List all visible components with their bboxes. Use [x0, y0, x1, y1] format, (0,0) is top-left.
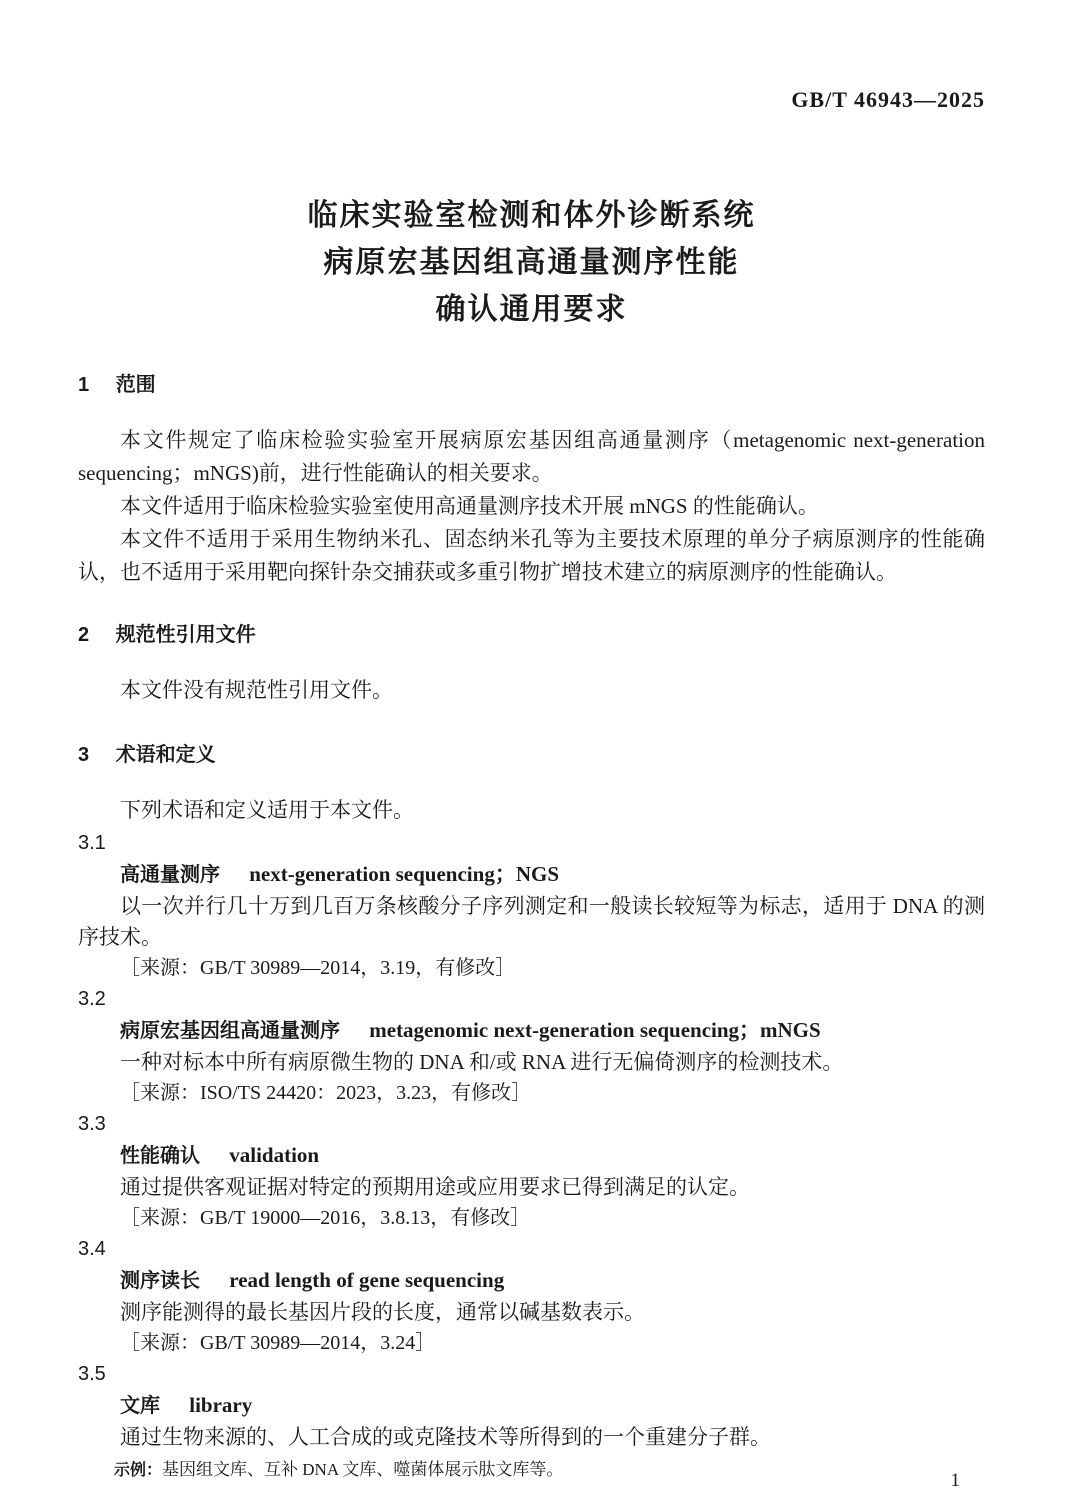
term-3-2: 3.2 病原宏基因组高通量测序 metagenomic next-generat…: [78, 984, 985, 1109]
section-body: 下列术语和定义适用于本文件。: [78, 794, 985, 827]
term-heading: 文库 library: [78, 1390, 985, 1422]
paragraph: 本文件没有规范性引用文件。: [78, 674, 985, 707]
section-heading: 1 范围: [78, 369, 985, 402]
section-body: 本文件没有规范性引用文件。: [78, 674, 985, 707]
terms-list: 3.1 高通量测序 next-generation sequencing；NGS…: [78, 828, 985, 1486]
paragraph: 本文件适用于临床检验实验室使用高通量测序技术开展 mNGS 的性能确认。: [78, 490, 985, 523]
section-number: 2: [78, 619, 89, 652]
term-definition: 以一次并行几十万到几百万条核酸分子序列测定和一般读长较短等为标志，适用于 DNA…: [78, 891, 985, 953]
term-heading: 高通量测序 next-generation sequencing；NGS: [78, 859, 985, 891]
term-definition: 一种对标本中所有病原微生物的 DNA 和/或 RNA 进行无偏倚测序的检测技术。: [78, 1047, 985, 1078]
term-source: ［来源：GB/T 30989—2014，3.24］: [78, 1328, 985, 1359]
doc-title-line-2: 病原宏基因组高通量测序性能: [78, 239, 985, 286]
section-title: 术语和定义: [116, 739, 216, 772]
term-name-en: library: [189, 1393, 252, 1417]
term-id: 3.4: [78, 1234, 985, 1265]
term-name-zh: 性能确认: [120, 1145, 200, 1167]
section-number: 3: [78, 739, 89, 772]
section-title: 范围: [116, 369, 156, 402]
paragraph: 本文件规定了临床检验实验室开展病原宏基因组高通量测序（metagenomic n…: [78, 424, 985, 490]
term-source: ［来源：ISO/TS 24420：2023，3.23，有修改］: [78, 1078, 985, 1109]
section-scope: 1 范围 本文件规定了临床检验实验室开展病原宏基因组高通量测序（metageno…: [78, 369, 985, 589]
term-id: 3.2: [78, 984, 985, 1015]
term-3-4: 3.4 测序读长 read length of gene sequencing …: [78, 1234, 985, 1359]
section-heading: 2 规范性引用文件: [78, 619, 985, 652]
doc-title: 临床实验室检测和体外诊断系统 病原宏基因组高通量测序性能 确认通用要求: [78, 192, 985, 333]
term-name-zh: 测序读长: [120, 1270, 200, 1292]
term-id: 3.3: [78, 1109, 985, 1140]
section-title: 规范性引用文件: [116, 619, 256, 652]
page-number: 1: [951, 1470, 961, 1492]
term-name-en: read length of gene sequencing: [229, 1268, 504, 1292]
section-heading: 3 术语和定义: [78, 739, 985, 772]
term-definition: 测序能测得的最长基因片段的长度，通常以碱基数表示。: [78, 1297, 985, 1328]
term-3-3: 3.3 性能确认 validation 通过提供客观证据对特定的预期用途或应用要…: [78, 1109, 985, 1234]
term-heading: 病原宏基因组高通量测序 metagenomic next-generation …: [78, 1015, 985, 1047]
section-number: 1: [78, 369, 89, 402]
term-name-zh: 高通量测序: [120, 864, 220, 886]
term-id: 3.5: [78, 1359, 985, 1390]
term-name-en: metagenomic next-generation sequencing；m…: [369, 1018, 820, 1042]
doc-title-line-1: 临床实验室检测和体外诊断系统: [78, 192, 985, 239]
term-definition: 通过生物来源的、人工合成的或克隆技术等所得到的一个重建分子群。: [78, 1422, 985, 1453]
term-definition: 通过提供客观证据对特定的预期用途或应用要求已得到满足的认定。: [78, 1172, 985, 1203]
term-heading: 性能确认 validation: [78, 1140, 985, 1172]
term-name-zh: 文库: [120, 1395, 160, 1417]
term-source: ［来源：GB/T 30989—2014，3.19，有修改］: [78, 953, 985, 984]
example-note: 示例：基因组文库、互补 DNA 文库、噬菌体展示肽文库等。: [78, 1455, 985, 1486]
section-normative-references: 2 规范性引用文件 本文件没有规范性引用文件。: [78, 619, 985, 707]
section-terms-definitions: 3 术语和定义 下列术语和定义适用于本文件。: [78, 739, 985, 827]
doc-number: GB/T 46943—2025: [78, 88, 985, 112]
section-body: 本文件规定了临床检验实验室开展病原宏基因组高通量测序（metagenomic n…: [78, 424, 985, 589]
term-3-5: 3.5 文库 library 通过生物来源的、人工合成的或克隆技术等所得到的一个…: [78, 1359, 985, 1486]
term-id: 3.1: [78, 828, 985, 859]
term-3-1: 3.1 高通量测序 next-generation sequencing；NGS…: [78, 828, 985, 984]
term-name-zh: 病原宏基因组高通量测序: [120, 1020, 340, 1042]
document-page: GB/T 46943—2025 临床实验室检测和体外诊断系统 病原宏基因组高通量…: [0, 0, 1080, 1502]
example-label: 示例：: [114, 1462, 162, 1479]
paragraph: 本文件不适用于采用生物纳米孔、固态纳米孔等为主要技术原理的单分子病原测序的性能确…: [78, 523, 985, 589]
term-heading: 测序读长 read length of gene sequencing: [78, 1265, 985, 1297]
term-name-en: next-generation sequencing；NGS: [249, 862, 559, 886]
term-source: ［来源：GB/T 19000—2016，3.8.13，有修改］: [78, 1203, 985, 1234]
example-text: 基因组文库、互补 DNA 文库、噬菌体展示肽文库等。: [162, 1460, 563, 1479]
paragraph: 下列术语和定义适用于本文件。: [78, 794, 985, 827]
term-name-en: validation: [229, 1143, 319, 1167]
doc-title-line-3: 确认通用要求: [78, 286, 985, 333]
